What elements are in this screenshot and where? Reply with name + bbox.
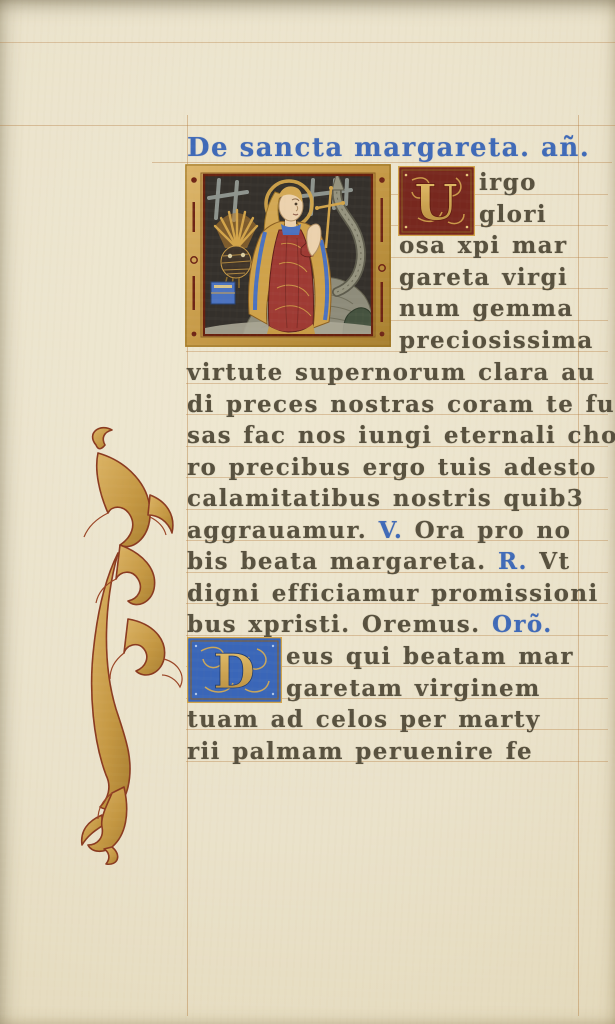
text-segment: bus xpristi. Oremus. xyxy=(187,611,492,638)
text-segment: rii palmam peruenire fe xyxy=(187,738,533,765)
text-line: tuam ad celos per marty xyxy=(187,705,589,737)
text-segment: Vt xyxy=(528,548,571,575)
text-segment: ro precibus ergo tuis adesto xyxy=(187,454,597,481)
text-line: aggrauamur. V. Ora pro no xyxy=(187,516,589,548)
text-column-beside-miniature: irgogloriosa xpi margareta virginum gemm… xyxy=(399,168,585,357)
text-segment: digni efficiamur promissioni xyxy=(187,580,599,607)
text-block-prayer-full: tuam ad celos per martyrii palmam peruen… xyxy=(187,705,589,768)
text-segment: irgo xyxy=(479,169,537,196)
acanthus-flourish xyxy=(68,423,213,868)
text-line: irgo xyxy=(399,168,585,200)
ruling-line-horizontal xyxy=(0,42,615,43)
text-line: bis beata margareta. R. Vt xyxy=(187,547,589,579)
ruling-line-horizontal xyxy=(0,125,615,126)
text-line: rii palmam peruenire fe xyxy=(187,737,589,769)
text-segment: glori xyxy=(479,201,547,228)
text-segment: bis beata margareta. xyxy=(187,548,498,575)
text-segment: tuam ad celos per marty xyxy=(187,706,541,733)
blue-book xyxy=(211,282,235,304)
text-line: eus qui beatam mar xyxy=(286,642,586,674)
text-segment: di preces nostras coram te fu xyxy=(187,391,615,418)
text-segment: aggrauamur. xyxy=(187,517,379,544)
rubric-mark: R. xyxy=(498,548,528,575)
heading-rubric: De sancta margareta. añ. xyxy=(187,133,607,165)
text-block-main: virtute supernorum clara audi preces nos… xyxy=(187,358,589,642)
text-line: di preces nostras coram te fu xyxy=(187,390,589,422)
text-line: calamitatibus nostris quib3 xyxy=(187,484,589,516)
text-segment: virtute supernorum clara au xyxy=(187,359,596,386)
text-line: digni efficiamur promissioni xyxy=(187,579,589,611)
text-segment: Ora pro no xyxy=(403,517,571,544)
miniature-saint-margaret xyxy=(185,164,391,347)
text-segment: garetam virginem xyxy=(286,675,541,702)
text-line: gareta virgi xyxy=(399,263,585,295)
text-segment: sas fac nos iungi eternali cho xyxy=(187,422,615,449)
text-line: preciosissima xyxy=(399,326,585,358)
text-segment: gareta virgi xyxy=(399,264,568,291)
text-line: osa xpi mar xyxy=(399,231,585,263)
text-block-prayer-indented: eus qui beatam margaretam virginem xyxy=(286,642,586,705)
manuscript-page: De sancta margareta. añ. xyxy=(0,0,615,1024)
text-line: num gemma xyxy=(399,294,585,326)
text-segment: osa xpi mar xyxy=(399,232,568,259)
text-segment: num gemma xyxy=(399,295,574,322)
text-line: ro precibus ergo tuis adesto xyxy=(187,453,589,485)
text-line: garetam virginem xyxy=(286,674,586,706)
text-line: sas fac nos iungi eternali cho xyxy=(187,421,589,453)
initial-d-letter: D xyxy=(213,644,255,700)
text-segment: calamitatibus nostris quib3 xyxy=(187,485,584,512)
text-line: virtute supernorum clara au xyxy=(187,358,589,390)
rubric-mark: Orõ. xyxy=(492,611,553,638)
text-segment: preciosissima xyxy=(399,327,594,354)
text-segment: eus qui beatam mar xyxy=(286,643,574,670)
text-line: glori xyxy=(399,200,585,232)
rubric-mark: V. xyxy=(379,517,404,544)
